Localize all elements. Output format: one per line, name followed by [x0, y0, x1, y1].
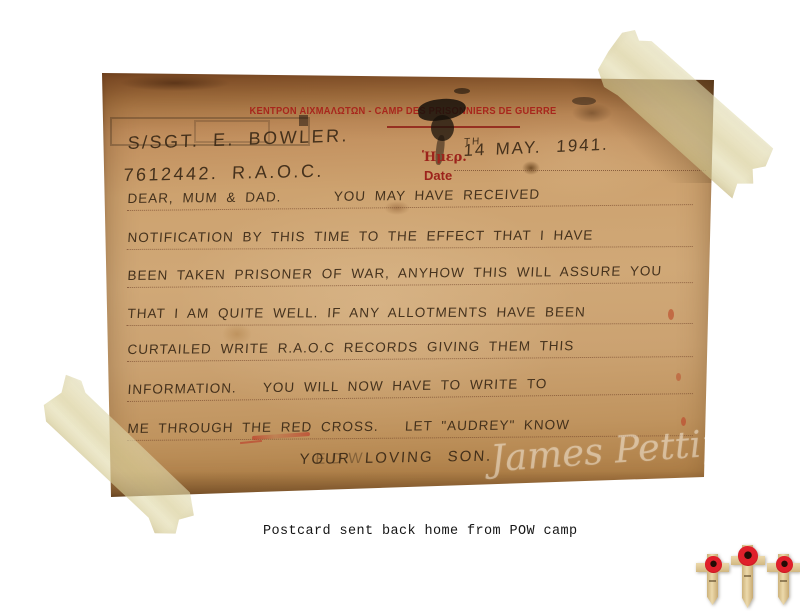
sender-service-number: 7612442. R.A.O.C. — [123, 161, 325, 186]
date-dotted-line — [454, 169, 706, 171]
date-ordinal: TH — [464, 137, 482, 149]
stain — [572, 103, 612, 123]
photo-caption: Postcard sent back home from POW camp — [263, 524, 578, 539]
message-line: DEAR, MUM & DAD. YOU MAY HAVE RECEIVED — [127, 185, 694, 211]
stain — [120, 75, 230, 91]
stain — [522, 161, 540, 175]
censor-ink-blot — [572, 97, 596, 105]
cross-inscription-mark — [709, 580, 716, 582]
signature: EDW — [315, 450, 369, 468]
censor-ink-blot — [454, 88, 470, 94]
camp-header-text: ΚΕΝΤΡΟΝ ΑΙΧΜΑΛΩΤΩΝ - CAMP DES PRISONNIER… — [245, 106, 561, 117]
cross-inscription-mark — [780, 580, 787, 582]
cross-inscription-mark — [744, 575, 751, 577]
date-value: 14TH MAY. 1941. — [463, 140, 481, 161]
memorial-crosses — [690, 545, 800, 609]
remembrance-cross-poppy-icon — [696, 554, 730, 605]
card-bottom-shading — [102, 471, 714, 497]
poppy-icon — [705, 556, 722, 573]
message-line: NOTIFICATION BY THIS TIME TO THE EFFECT … — [127, 227, 694, 250]
message-line: THAT I AM QUITE WELL. IF ANY ALLOTMENTS … — [127, 304, 694, 326]
pow-postcard: ΚΕΝΤΡΟΝ ΑΙΧΜΑΛΩΤΩΝ - CAMP DES PRISONNIER… — [102, 73, 714, 497]
date-label-greek: Ἡμερ. — [422, 150, 467, 165]
poppy-icon — [738, 546, 758, 566]
date-label: Date — [424, 168, 452, 183]
closing-line: YOUR LOVING SON.EDW — [299, 450, 369, 468]
photo-page: ΚΕΝΤΡΟΝ ΑΙΧΜΑΛΩΤΩΝ - CAMP DES PRISONNIER… — [0, 0, 800, 611]
remembrance-cross-poppy-icon — [767, 554, 800, 605]
red-pencil-mark — [240, 440, 262, 444]
message-line: INFORMATION. YOU WILL NOW HAVE TO WRITE … — [127, 374, 694, 402]
remembrance-cross-poppy-icon — [731, 545, 765, 608]
message-line: BEEN TAKEN PRISONER OF WAR, ANYHOW THIS … — [127, 263, 694, 288]
message-line: CURTAILED WRITE R.A.O.C RECORDS GIVING T… — [127, 337, 694, 362]
poppy-icon — [776, 556, 793, 573]
